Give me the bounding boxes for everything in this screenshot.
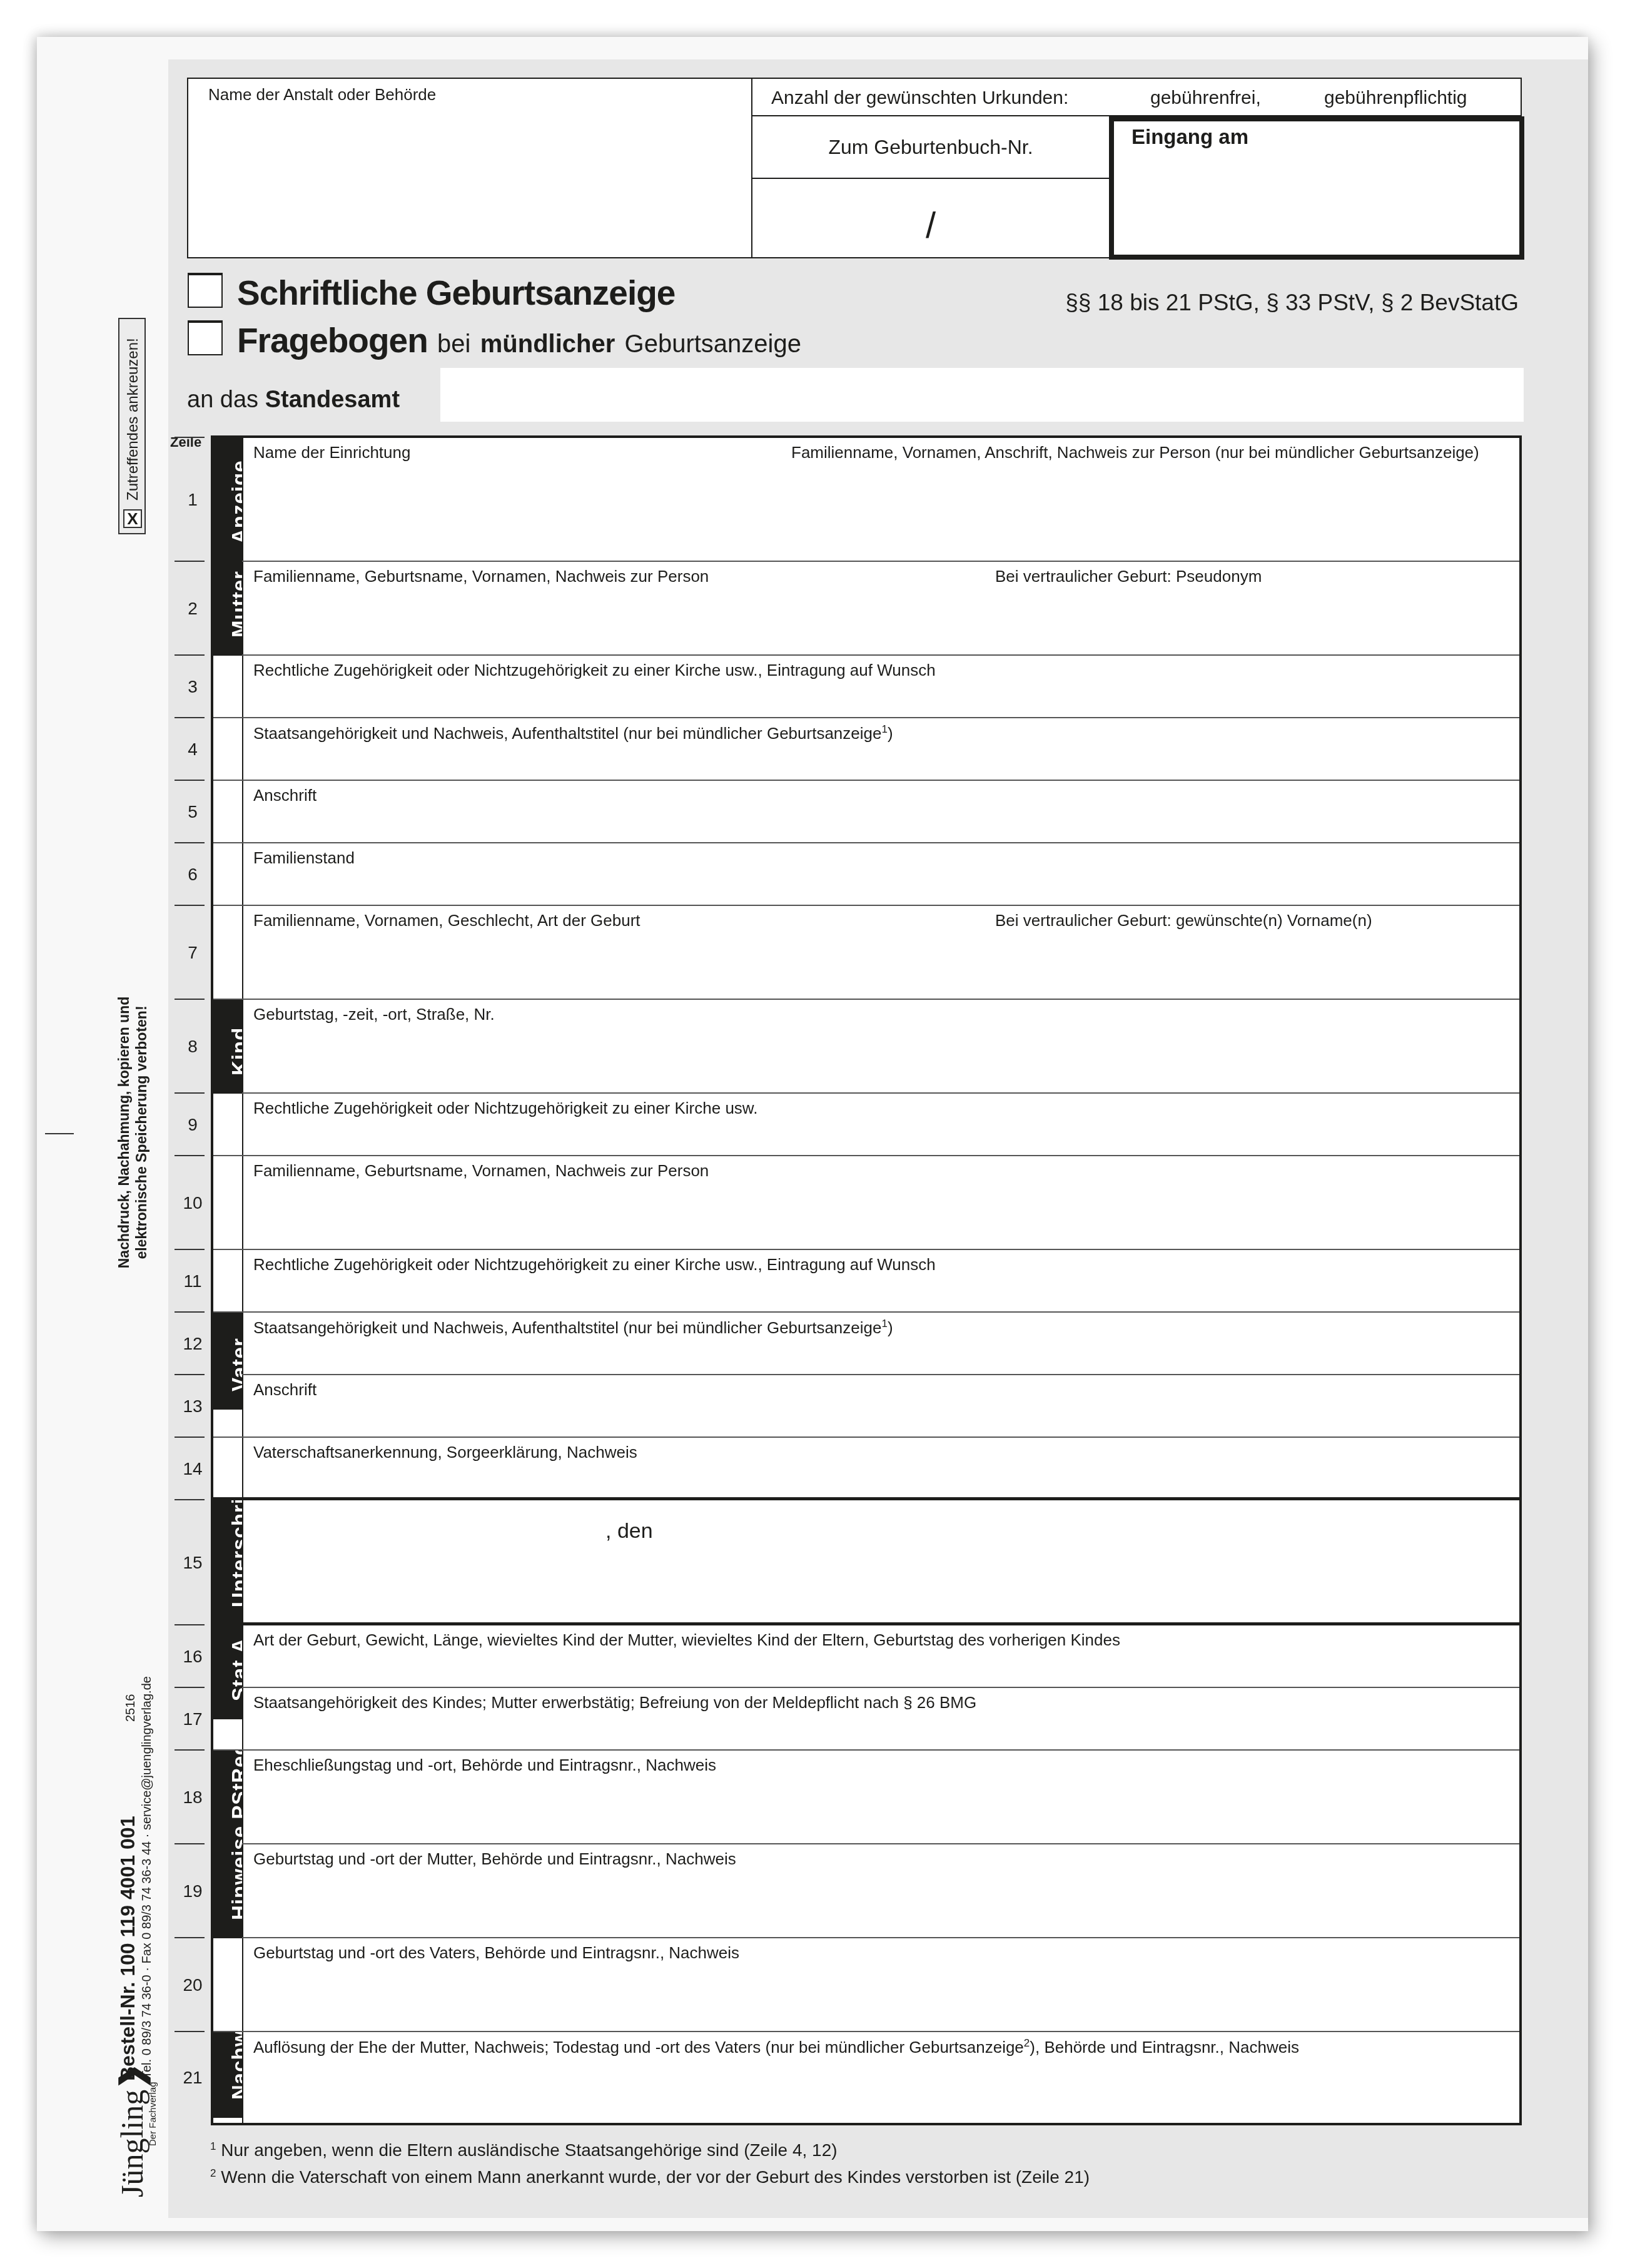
row-label-text: Geburtstag und -ort des Vaters, Behörde … [253, 1943, 739, 1962]
registry-prefix: an das [187, 387, 258, 413]
form-version: 2516 [124, 1694, 138, 1722]
row-label: Staatsangehörigkeit und Nachweis, Aufent… [253, 723, 893, 743]
row-label-text: Auflösung der Ehe der Mutter, Nachweis; … [253, 2038, 1024, 2057]
row-label: Staatsangehörigkeit und Nachweis, Aufent… [253, 1318, 893, 1338]
row-label: Rechtliche Zugehörigkeit oder Nichtzugeh… [253, 661, 936, 680]
fee-free-field[interactable]: gebührenfrei, [1150, 88, 1261, 109]
tick-hint-box: Zutreffendes ankreuzen! X [118, 318, 146, 534]
row-tick [175, 1249, 205, 1250]
row-label-text: Name der Einrichtung [253, 443, 410, 462]
row-tick [175, 1092, 205, 1094]
row-label: Geburtstag und -ort des Vaters, Behörde … [253, 1943, 739, 1963]
row-number: 21 [175, 2068, 211, 2088]
form-row[interactable]: 21Auflösung der Ehe der Mutter, Nachweis… [213, 2032, 1519, 2123]
legal-basis: §§ 18 bis 21 PStG, § 33 PStV, § 2 BevSta… [1026, 290, 1519, 316]
row-label-end: ) [888, 1318, 893, 1337]
row-number: 7 [175, 943, 211, 963]
footnote-ref: 1 [881, 723, 887, 735]
row-label-end: ) [888, 724, 893, 743]
row-number: 20 [175, 1975, 211, 1995]
row-number: 19 [175, 1881, 211, 1901]
row-tick [175, 999, 205, 1000]
row-label: Auflösung der Ehe der Mutter, Nachweis; … [253, 2037, 1299, 2057]
title-oral-pre: bei [437, 330, 470, 358]
form-row[interactable]: 13Anschrift [213, 1375, 1519, 1438]
row-tick [175, 780, 205, 781]
row-number: 9 [175, 1115, 211, 1135]
row-tick [175, 1311, 205, 1313]
form-row[interactable]: 11Rechtliche Zugehörigkeit oder Nichtzug… [213, 1250, 1519, 1313]
row-number: 14 [175, 1459, 211, 1479]
footnote-1: 1 Nur angeben, wenn die Eltern ausländis… [210, 2140, 838, 2160]
row-label-end: ), Behörde und Eintragsnr., Nachweis [1030, 2038, 1299, 2057]
row-label-text: Familienname, Geburtsname, Vornamen, Nac… [253, 567, 709, 586]
publisher-logo: Jüngling❯ [114, 2063, 150, 2197]
row-label: Anschrift [253, 1380, 316, 1400]
form-row[interactable]: 4Staatsangehörigkeit und Nachweis, Aufen… [213, 718, 1519, 781]
row-tick [175, 842, 205, 843]
row-label-text: Staatsangehörigkeit und Nachweis, Aufent… [253, 1318, 881, 1337]
form-table: 1Name der EinrichtungFamilienname, Vorna… [211, 435, 1522, 2125]
row-label-text: Familienstand [253, 848, 355, 867]
copyright-line-1: Nachdruck, Nachahmung, kopieren und [115, 982, 133, 1283]
registry-bold: Standesamt [265, 387, 400, 413]
form-row[interactable]: 14Vaterschaftsanerkennung, Sorgeerklärun… [213, 1438, 1519, 1500]
row-number: 4 [175, 740, 211, 760]
section-label-7: Nachw. [213, 2032, 242, 2118]
section-label-2: Kind [213, 1000, 242, 1094]
row-tick [175, 437, 205, 438]
row-number: 5 [175, 802, 211, 822]
row-label-right: Familienname, Vornamen, Anschrift, Nachw… [791, 443, 1479, 462]
row-label: Anschrift [253, 786, 316, 805]
row-label: Rechtliche Zugehörigkeit oder Nichtzugeh… [253, 1099, 757, 1118]
row-number: 17 [175, 1709, 211, 1729]
birth-register-label: Zum Geburtenbuch-Nr. [752, 116, 1109, 179]
registry-office-input[interactable] [440, 368, 1524, 422]
row-label: Name der Einrichtung [253, 443, 410, 462]
row-number: 1 [175, 490, 211, 510]
oral-notice-checkbox[interactable] [188, 320, 223, 355]
row-number: 13 [175, 1396, 211, 1416]
written-notice-checkbox[interactable] [188, 273, 223, 308]
row-label: Rechtliche Zugehörigkeit oder Nichtzugeh… [253, 1255, 936, 1274]
footnote-1-mark: 1 [210, 2140, 216, 2152]
section-label-text: Stat.A [228, 1638, 242, 1701]
row-tick [175, 1843, 205, 1844]
fold-mark [45, 1133, 74, 1134]
row-label: Geburtstag, -zeit, -ort, Straße, Nr. [253, 1005, 495, 1024]
row-label-text: Rechtliche Zugehörigkeit oder Nichtzugeh… [253, 661, 936, 679]
row-number: 16 [175, 1647, 211, 1667]
row-tick [175, 654, 205, 656]
form-row[interactable]: 6Familienstand [213, 843, 1519, 906]
section-label-4: Unterschriften [213, 1500, 242, 1625]
form-row[interactable]: 5Anschrift [213, 781, 1519, 843]
form-row[interactable]: 2Familienname, Geburtsname, Vornamen, Na… [213, 562, 1519, 656]
row-label: Art der Geburt, Gewicht, Länge, wievielt… [253, 1630, 1120, 1650]
row-tick [175, 1937, 205, 1938]
row-tick [175, 1155, 205, 1156]
row-tick [175, 1437, 205, 1438]
row-label: Familienstand [253, 848, 355, 868]
form-row[interactable]: 18Eheschließungstag und -ort, Behörde un… [213, 1751, 1519, 1844]
certificates-row: Anzahl der gewünschten Urkunden: gebühre… [752, 79, 1521, 116]
row-label: Vaterschaftsanerkennung, Sorgeerklärung,… [253, 1443, 637, 1462]
form-row[interactable]: 8Geburtstag, -zeit, -ort, Straße, Nr. [213, 1000, 1519, 1094]
tick-hint-text: Zutreffendes ankreuzen! [124, 338, 142, 501]
section-label-0: Anzeige [213, 438, 242, 562]
row-label-text: Anschrift [253, 786, 316, 805]
section-label-text: Unterschriften [228, 1500, 242, 1607]
row-label-text: Rechtliche Zugehörigkeit oder Nichtzugeh… [253, 1099, 757, 1117]
title-oral-bold: Fragebogen [237, 321, 428, 360]
section-label-6: Hinweise PStReg [213, 1751, 242, 1938]
row-label: Familienname, Geburtsname, Vornamen, Nac… [253, 1161, 709, 1181]
fee-required-field[interactable]: gebührenpflichtig [1324, 88, 1467, 109]
row-tick [175, 561, 205, 562]
row-tick [175, 1624, 205, 1625]
row-number: 10 [175, 1193, 211, 1213]
section-label-5: Stat.A [213, 1625, 242, 1719]
footnote-2: 2 Wenn die Vaterschaft von einem Mann an… [210, 2167, 1090, 2187]
row-number: 2 [175, 599, 211, 619]
form-row[interactable]: 19Geburtstag und -ort der Mutter, Behörd… [213, 1844, 1519, 1938]
registry-office-label: an das Standesamt [187, 387, 400, 414]
birth-register-number-field[interactable]: / [752, 179, 1109, 257]
row-number: 12 [175, 1334, 211, 1354]
row-tick [175, 1499, 205, 1500]
title-oral-questionnaire: Fragebogen bei mündlicher Geburtsanzeige [237, 320, 801, 360]
section-label-text: Anzeige [228, 460, 242, 544]
copyright-notice: Nachdruck, Nachahmung, kopieren und elek… [115, 982, 150, 1283]
row-label-text: Familienname, Vornamen, Geschlecht, Art … [253, 911, 640, 930]
row-label: Familienname, Geburtsname, Vornamen, Nac… [253, 567, 709, 586]
office-header: Name der Anstalt oder Behörde Anzahl der… [187, 78, 1522, 258]
section-label-3: Vater [213, 1313, 242, 1410]
tick-example-icon: X [123, 509, 142, 528]
footnote-2-mark: 2 [210, 2167, 216, 2179]
row-label-right: Bei vertraulicher Geburt: gewünschte(n) … [995, 911, 1372, 930]
row-number: 11 [175, 1271, 211, 1291]
form-row[interactable]: 20Geburtstag und -ort des Vaters, Behörd… [213, 1938, 1519, 2032]
received-stamp-field[interactable]: Eingang am [1109, 116, 1524, 260]
institution-label: Name der Anstalt oder Behörde [208, 85, 436, 104]
row-tick [175, 717, 205, 718]
publisher-subtitle: Der Fachverlag [148, 2082, 158, 2146]
footnote-2-text: Wenn die Vaterschaft von einem Mann aner… [221, 2167, 1090, 2187]
section-label-1: Mutter [213, 562, 242, 656]
order-number: Bestell-Nr. 100 119 4001 001 [116, 1816, 139, 2081]
row-number: 8 [175, 1037, 211, 1057]
title-oral-post: Geburtsanzeige [625, 330, 801, 358]
form-row[interactable]: 3Rechtliche Zugehörigkeit oder Nichtzuge… [213, 656, 1519, 718]
row-label-text: Staatsangehörigkeit des Kindes; Mutter e… [253, 1693, 976, 1712]
form-row[interactable]: 10Familienname, Geburtsname, Vornamen, N… [213, 1156, 1519, 1250]
row-label: Staatsangehörigkeit des Kindes; Mutter e… [253, 1693, 976, 1712]
row-label-text: Vaterschaftsanerkennung, Sorgeerklärung,… [253, 1443, 637, 1462]
section-label-text: Nachw. [228, 2032, 242, 2100]
copyright-line-2: elektronische Speicherung verboten! [133, 982, 150, 1283]
form-row[interactable]: 1Name der EinrichtungFamilienname, Vorna… [213, 438, 1519, 562]
publisher-logo-icon: ❯ [114, 2063, 149, 2090]
signature-place-date: , den [605, 1519, 653, 1543]
form-row[interactable]: 9Rechtliche Zugehörigkeit oder Nichtzuge… [213, 1094, 1519, 1156]
institution-field[interactable]: Name der Anstalt oder Behörde [188, 79, 752, 257]
row-label-text: Familienname, Geburtsname, Vornamen, Nac… [253, 1161, 709, 1180]
section-label-text: Mutter [228, 571, 242, 638]
row-tick [175, 1687, 205, 1688]
form-row[interactable]: 12Staatsangehörigkeit und Nachweis, Aufe… [213, 1313, 1519, 1375]
row-label: Eheschließungstag und -ort, Behörde und … [253, 1756, 716, 1775]
row-tick [175, 2031, 205, 2032]
form-row[interactable]: 7Familienname, Vornamen, Geschlecht, Art… [213, 906, 1519, 1000]
footnote-ref: 1 [881, 1318, 887, 1330]
row-label-text: Art der Geburt, Gewicht, Länge, wievielt… [253, 1630, 1120, 1649]
received-label: Eingang am [1131, 125, 1248, 149]
row-label: Geburtstag und -ort der Mutter, Behörde … [253, 1849, 736, 1869]
row-tick [175, 905, 205, 906]
row-label-text: Anschrift [253, 1380, 316, 1399]
title-written-notice: Schriftliche Geburtsanzeige [237, 273, 675, 313]
publisher-contact: Tel. 0 89/3 74 36-0 · Fax 0 89/3 74 36-3… [140, 1676, 154, 2078]
footnote-ref: 2 [1024, 2037, 1030, 2049]
form-row[interactable]: 17Staatsangehörigkeit des Kindes; Mutter… [213, 1688, 1519, 1751]
form-row[interactable]: 16Art der Geburt, Gewicht, Länge, wievie… [213, 1625, 1519, 1688]
section-label-text: Vater [228, 1338, 242, 1391]
row-number: 3 [175, 677, 211, 697]
row-label-text: Eheschließungstag und -ort, Behörde und … [253, 1756, 716, 1774]
row-label: Familienname, Vornamen, Geschlecht, Art … [253, 911, 640, 930]
row-number: 6 [175, 865, 211, 885]
row-tick [175, 1749, 205, 1751]
row-number: 15 [175, 1553, 211, 1573]
form-row[interactable]: 15 [213, 1500, 1519, 1625]
section-label-text: Hinweise PStReg [228, 1751, 242, 1920]
certificates-label: Anzahl der gewünschten Urkunden: [771, 88, 1068, 109]
section-label-text: Kind [228, 1027, 242, 1076]
row-label-text: Staatsangehörigkeit und Nachweis, Aufent… [253, 724, 881, 743]
title-oral-mid: mündlicher [480, 330, 615, 358]
row-label-text: Rechtliche Zugehörigkeit oder Nichtzugeh… [253, 1255, 936, 1274]
row-tick [175, 1374, 205, 1375]
publisher-name: Jüngling [114, 2090, 149, 2197]
footnote-1-text: Nur angeben, wenn die Eltern ausländisch… [221, 2140, 837, 2160]
row-label-text: Geburtstag, -zeit, -ort, Straße, Nr. [253, 1005, 495, 1024]
row-label-right: Bei vertraulicher Geburt: Pseudonym [995, 567, 1262, 586]
row-number: 18 [175, 1787, 211, 1808]
row-label-text: Geburtstag und -ort der Mutter, Behörde … [253, 1849, 736, 1868]
